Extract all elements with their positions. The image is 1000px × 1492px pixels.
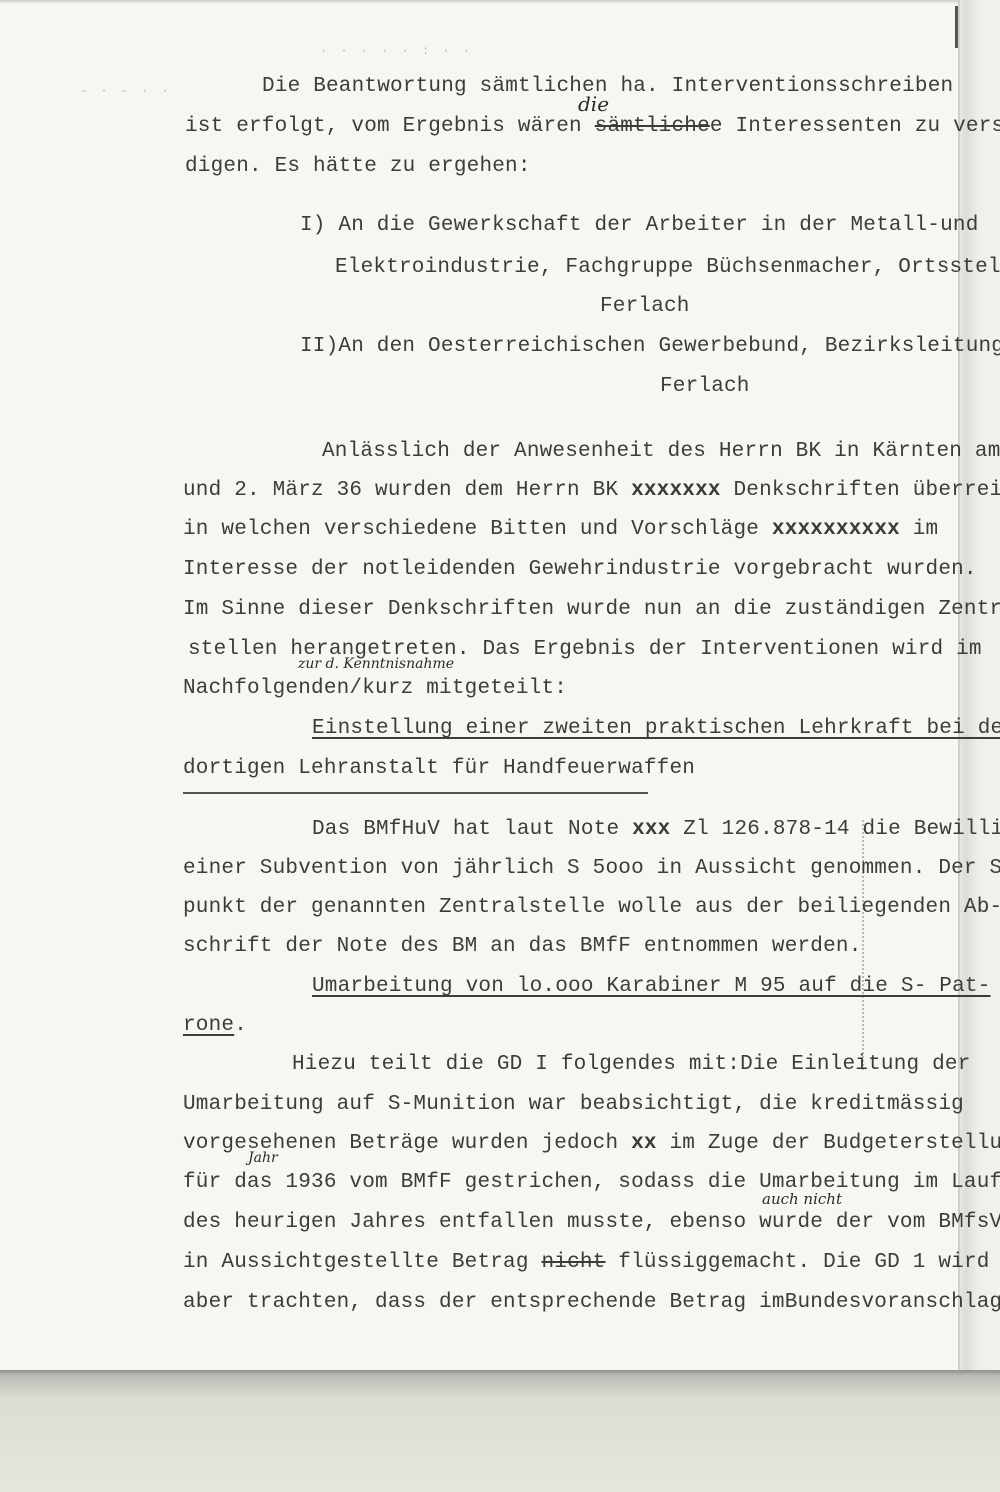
text-line: Anlässlich der Anwesenheit des Herrn BK … <box>322 439 1000 465</box>
text-line: Interesse der notleidenden Gewehrindustr… <box>183 557 977 583</box>
handwritten-insertion: die <box>578 92 609 116</box>
page-bottom-fold <box>0 1370 1000 1492</box>
text-line: in Aussichtgestellte Betrag nicht flüssi… <box>183 1250 990 1276</box>
handwritten-insertion: auch nicht <box>762 1190 842 1208</box>
text-segment: e Interessenten zu verstän- <box>710 115 1000 138</box>
text-segment: im <box>900 518 938 541</box>
text-line: ist erfolgt, vom Ergebnis wären sämtlich… <box>185 114 1000 140</box>
text-line: und 2. März 36 wurden dem Herrn BK xxxxx… <box>183 478 1000 504</box>
addressee-1: I) An die Gewerkschaft der Arbeiter in d… <box>300 213 979 239</box>
typed-over-text: xxxxxxxxxx <box>772 518 900 541</box>
text-segment: in Aussichtgestellte Betrag <box>183 1251 541 1274</box>
section-heading-cont: dortigen Lehranstalt für Handfeuerwaffen <box>183 756 695 782</box>
handwritten-insertion: zur d. Kenntnisnahme <box>298 656 454 672</box>
text-line: des heurigen Jahres entfallen musste, eb… <box>183 1210 1000 1236</box>
addressee-2: II)An den Oesterreichischen Gewerbebund,… <box>300 334 1000 360</box>
text-line: Nachfolgenden/kurz mitgeteilt: <box>183 676 567 702</box>
text-line: einer Subvention von jährlich S 5ooo in … <box>183 856 1000 882</box>
typed-over-text: xxxxxxx <box>631 479 721 502</box>
handwritten-insertion: Jahr <box>248 1150 278 1166</box>
text-line: Im Sinne dieser Denkschriften wurde nun … <box>183 597 1000 623</box>
text-segment: ist erfolgt, vom Ergebnis wären <box>185 115 595 138</box>
text-segment: . <box>234 1014 247 1037</box>
text-line: Hiezu teilt die GD I folgendes mit:Die E… <box>292 1052 971 1078</box>
addressee-1-place: Ferlach <box>600 294 690 320</box>
heading-underline <box>183 792 648 794</box>
text-line: punkt der genannten Zentralstelle wolle … <box>183 895 1000 921</box>
page-top-edge <box>0 0 1000 4</box>
addressee-1-cont: Elektroindustrie, Fachgruppe Büchsenmach… <box>335 255 1000 281</box>
text-segment: und 2. März 36 wurden dem Herrn BK <box>183 479 631 502</box>
text-segment: in welchen verschiedene Bitten und Vorsc… <box>183 518 772 541</box>
section-heading-cont: rone. <box>183 1013 247 1039</box>
text-segment: Das BMfHuV hat laut Note <box>312 818 632 841</box>
text-segment: Denkschriften überreicht, <box>721 479 1000 502</box>
text-segment: flüssiggemacht. Die GD 1 wird <box>605 1251 989 1274</box>
text-line: in welchen verschiedene Bitten und Vorsc… <box>183 517 938 543</box>
typed-over-text: xx <box>631 1132 657 1155</box>
text-line: Das BMfHuV hat laut Note xxx Zl 126.878-… <box>312 817 1000 843</box>
text-line: aber trachten, dass der entsprechende Be… <box>183 1290 1000 1316</box>
text-line: Umarbeitung auf S-Munition war beabsicht… <box>183 1092 964 1118</box>
section-heading: Einstellung einer zweiten praktischen Le… <box>312 716 1000 742</box>
struck-text: nicht <box>541 1251 605 1274</box>
faint-margin-marks: - · - · · <box>80 84 172 98</box>
struck-text: sämtliche <box>595 115 710 138</box>
text-segment: rone <box>183 1014 234 1037</box>
text-line: für das 1936 vom BMfF gestrichen, sodass… <box>183 1170 1000 1196</box>
addressee-2-place: Ferlach <box>660 374 750 400</box>
typed-over-text: xxx <box>632 818 670 841</box>
text-line: digen. Es hätte zu ergehen: <box>185 154 531 180</box>
document-page: · · · · · : · · - · - · · Die Beantwortu… <box>0 0 1000 1370</box>
text-segment: im Zuge der Budgeterstellung <box>657 1132 1000 1155</box>
text-segment: Zl 126.878-14 die Bewilligun <box>670 818 1000 841</box>
text-line: vorgesehenen Beträge wurden jedoch xx im… <box>183 1131 1000 1157</box>
faint-bleedthrough-marks: · · · · · : · · <box>320 44 473 58</box>
text-line: schrift der Note des BM an das BMfF entn… <box>183 934 862 960</box>
section-heading: Umarbeitung von lo.ooo Karabiner M 95 au… <box>312 974 991 1000</box>
